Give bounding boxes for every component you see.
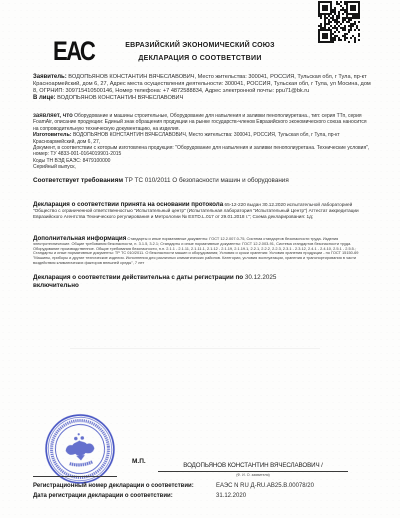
serial-issue-text: Серийный выпуск, [33, 164, 76, 170]
conformity-text: ТР ТС 010/2011 О безопасности машин и об… [123, 177, 289, 184]
qr-code-icon [318, 1, 360, 43]
additional-info-paragraph: Дополнительная информация Стандарты и ин… [33, 237, 373, 266]
registration-date-row: Дата регистрации декларации о соответств… [33, 493, 383, 500]
header-titles: ЕВРАЗИЙСКИЙ ЭКОНОМИЧЕСКИЙ СОЮЗ ДЕКЛАРАЦИ… [0, 42, 400, 63]
applicant-paragraph: Заявитель: ВОДОПЬЯНОВ КОНСТАНТИН ВЯЧЕСЛА… [33, 74, 373, 102]
applicant-text: ВОДОПЬЯНОВ КОНСТАНТИН ВЯЧЕСЛАВОВИЧ, Мест… [33, 74, 371, 94]
declares-paragraph: заявляет, что Оборудование и машины стро… [33, 113, 373, 171]
registration-number-row: Регистрационный номер декларации о соотв… [33, 483, 383, 490]
validity-date: 30.12.2025 [243, 274, 276, 281]
mp-label: М.П. [132, 458, 146, 465]
scan-artifact [70, 348, 320, 349]
in-person-text: ВОДОПЬЯНОВ КОНСТАНТИН ВЯЧЕСЛАВОВИЧ [56, 95, 184, 101]
signatory-block: ВОДОПЬЯНОВ КОНСТАНТИН ВЯЧЕСЛАВОВИЧ / (Ф.… [158, 462, 348, 477]
product-document-text: Документ, в соответствии с которым изгот… [33, 145, 369, 157]
validity-label: Декларация о соответствии действительна … [33, 274, 243, 281]
stamp-signature-line [33, 476, 117, 477]
registration-date-value: 31.12.2020 [216, 493, 246, 500]
in-person-label: В лице: [33, 95, 56, 101]
conformity-paragraph: Соответствует требованиям ТР ТС 010/2011… [33, 177, 373, 185]
registration-number-label: Регистрационный номер декларации о соотв… [33, 483, 216, 490]
signatory-name: ВОДОПЬЯНОВ КОНСТАНТИН ВЯЧЕСЛАВОВИЧ / [158, 462, 348, 472]
signatory-caption: (Ф. И. О. заявителя) [158, 473, 348, 477]
tnved-code-text: Коды ТН ВЭД ЕАЭС: 8479100000 [33, 158, 110, 164]
basis-paragraph: Декларация о соответствии принята на осн… [33, 202, 373, 219]
document-title: ДЕКЛАРАЦИЯ О СООТВЕТСТВИИ [0, 55, 400, 63]
validity-suffix: включительно [33, 282, 79, 289]
declaration-document: ЕАС ЕВРАЗИЙСКИЙ ЭКОНОМИЧЕСКИЙ СОЮЗ ДЕКЛА… [0, 0, 400, 518]
registration-number-value: ЕАЭС N RU Д-RU.АВ25.В.00078/20 [216, 483, 314, 490]
declares-text: Оборудование и машины строительные, Обор… [33, 113, 367, 132]
manufacturer-text: ВОДОПЬЯНОВ КОНСТАНТИН ВЯЧЕСЛАВОВИЧ, Мест… [33, 132, 340, 144]
registration-date-label: Дата регистрации декларации о соответств… [33, 493, 216, 500]
applicant-label: Заявитель: [33, 74, 67, 80]
validity-paragraph: Декларация о соответствии действительна … [33, 274, 373, 290]
conformity-label: Соответствует требованиям [33, 177, 123, 184]
manufacturer-label: Изготовитель: [33, 132, 72, 138]
union-title: ЕВРАЗИЙСКИЙ ЭКОНОМИЧЕСКИЙ СОЮЗ [0, 42, 400, 50]
additional-info-text: Стандарты и иные нормативные документы: … [33, 236, 358, 265]
registration-section: Регистрационный номер декларации о соотв… [33, 483, 383, 503]
